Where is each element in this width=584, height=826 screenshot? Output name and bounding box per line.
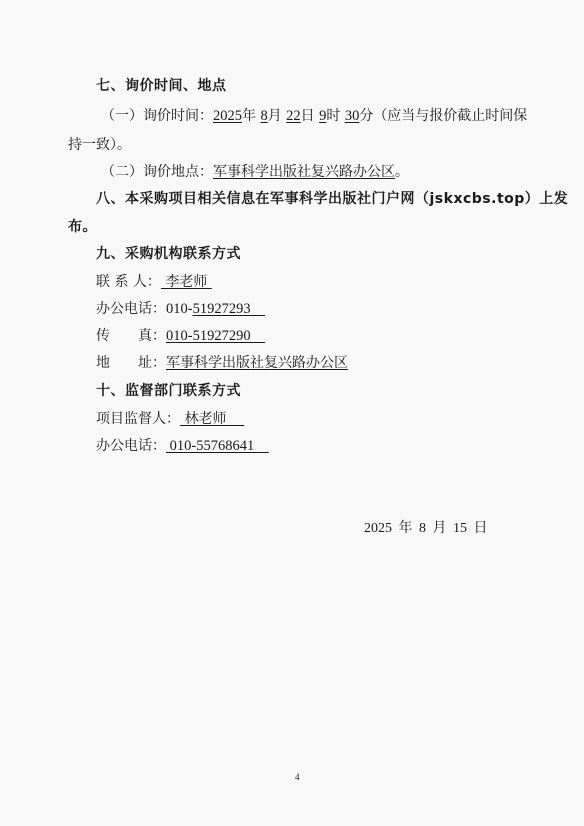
signature-date: 2025 年 8 月 15 日 [364, 521, 488, 537]
month-unit: 月 [268, 108, 282, 124]
inquiry-day: 22 [286, 108, 301, 124]
supervisor-phone-value: 010-55768641 [166, 438, 269, 454]
day-unit: 日 [301, 108, 315, 124]
contact-person-label: 联 系 人： [96, 274, 161, 290]
hour-unit: 时 [326, 108, 340, 124]
minute-unit: 分 [359, 108, 373, 124]
fax-value: 010-51927290 [166, 328, 265, 344]
inquiry-place-line: （二）询价地点：军事科学出版社复兴路办公区。 [101, 164, 409, 180]
address-value: 军事科学出版社复兴路办公区 [166, 355, 348, 371]
section-10-title: 十、监督部门联系方式 [96, 383, 241, 399]
supervisor-value: 林老师 [180, 411, 244, 427]
section-7-title: 七、询价时间、地点 [96, 78, 227, 94]
inquiry-time-line: （一）询价时间：2025年 8月 22日 9时 30分（应当与报价截止时间保 [101, 108, 527, 124]
fax-label: 传 真： [96, 328, 166, 344]
inquiry-time-note: （应当与报价截止时间保 [373, 108, 527, 124]
inquiry-place-value: 军事科学出版社复兴路办公区 [213, 164, 395, 180]
address-line: 地 址：军事科学出版社复兴路办公区 [96, 355, 348, 371]
year-unit: 年 [242, 108, 256, 124]
supervisor-label: 项目监督人： [96, 411, 180, 427]
office-phone-value: 51927293 [193, 301, 266, 317]
inquiry-time-note-continued: 持一致）。 [68, 137, 131, 153]
address-label: 地 址： [96, 355, 166, 371]
supervisor-line: 项目监督人： 林老师 [96, 411, 244, 427]
supervisor-phone-line: 办公电话： 010-55768641 [96, 438, 269, 454]
section-9-title: 九、采购机构联系方式 [96, 246, 241, 262]
fax-line: 传 真：010-51927290 [96, 328, 265, 344]
page-number: 4 [295, 769, 300, 785]
inquiry-time-label: （一）询价时间： [101, 108, 213, 124]
inquiry-place-label: （二）询价地点： [101, 164, 213, 180]
contact-person-line: 联 系 人： 李老师 [96, 274, 212, 290]
section-8-text: 八、本采购项目相关信息在军事科学出版社门户网（jskxcbs.top）上发 [96, 191, 568, 207]
inquiry-place-end: 。 [395, 164, 409, 180]
office-phone-prefix: 010- [166, 301, 193, 317]
office-phone-label: 办公电话： [96, 301, 166, 317]
supervisor-phone-label: 办公电话： [96, 438, 166, 454]
inquiry-year: 2025 [213, 108, 242, 124]
office-phone-line: 办公电话：010-51927293 [96, 301, 265, 317]
contact-person-value: 李老师 [161, 274, 212, 290]
inquiry-minute: 30 [345, 108, 360, 124]
section-8-text-continued: 布。 [68, 219, 97, 235]
inquiry-month: 8 [260, 108, 267, 124]
